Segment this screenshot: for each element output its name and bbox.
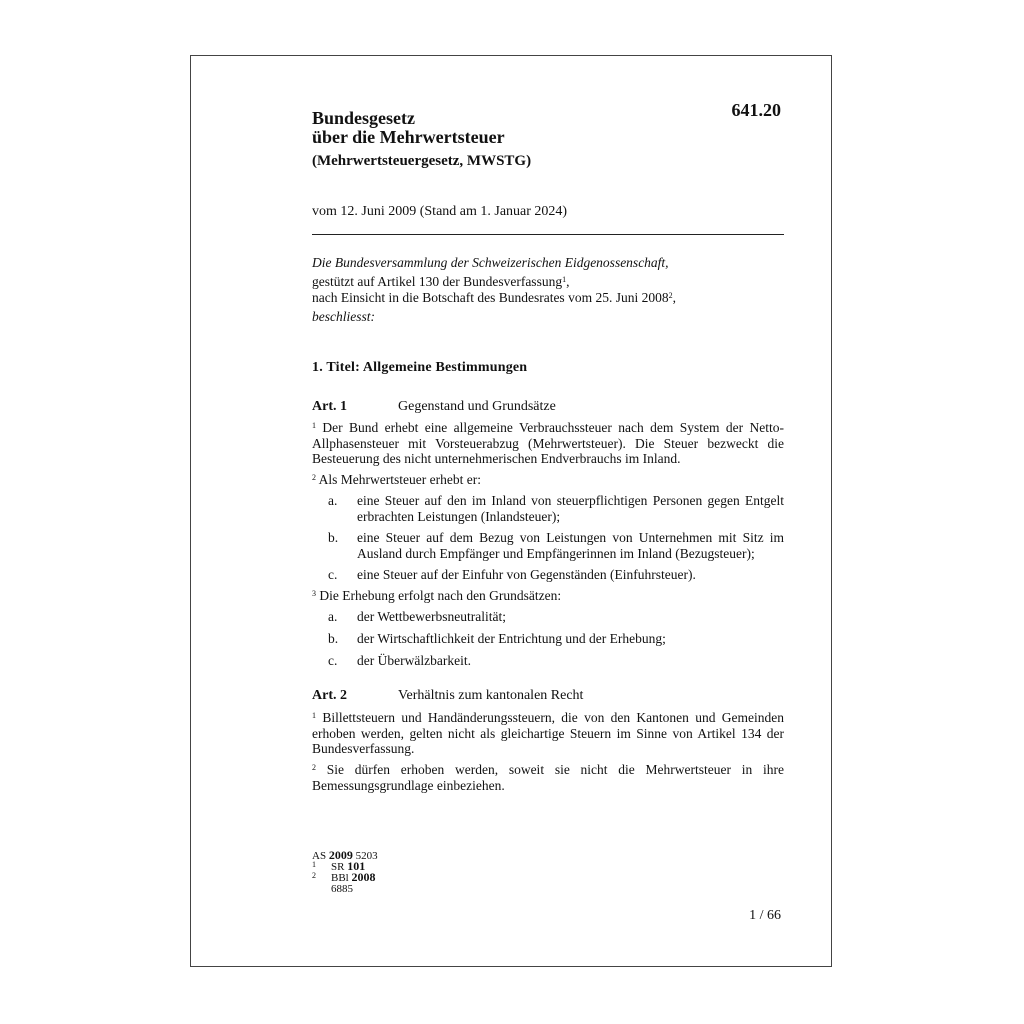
official-compilation-ref: AS 2009 5203 [312,850,378,861]
document-subtitle: (Mehrwertsteuergesetz, MWSTG) [312,153,531,170]
article-title: Verhältnis zum kantonalen Recht [398,688,583,703]
list-item: a. der Wettbewerbsneutralität; [328,609,784,625]
list-item: b. der Wirtschaftlichkeit der Entrichtun… [328,631,784,647]
article-2-paragraph-1: 1 Billettsteuern und Handänderungssteuer… [312,710,784,757]
sr-number: 641.20 [731,100,781,121]
article-2-heading: Art. 2Verhältnis zum kantonalen Recht [312,688,583,704]
title-line-1: Bundesgesetz [312,109,505,128]
document-page: 641.20 Bundesgesetz über die Mehrwertste… [190,55,832,967]
list-item: a. eine Steuer auf den im Inland von ste… [328,493,784,524]
preamble: Die Bundesversammlung der Schweizerische… [312,255,782,325]
date-line: vom 12. Juni 2009 (Stand am 1. Januar 20… [312,204,567,220]
article-number: Art. 1 [312,399,398,415]
title-line-2: über die Mehrwertsteuer [312,128,505,147]
article-number: Art. 2 [312,688,398,704]
article-title: Gegenstand und Grundsätze [398,399,556,414]
list-item: c. eine Steuer auf der Einfuhr von Gegen… [328,567,784,583]
list-item: c. der Überwälzbarkeit. [328,653,784,669]
document-title: Bundesgesetz über die Mehrwertsteuer [312,109,505,147]
article-1-paragraph-3: 3 Die Erhebung erfolgt nach den Grundsät… [312,588,784,604]
section-title: 1. Titel: Allgemeine Bestimmungen [312,360,527,376]
footnote-2: 2 BBl 2008 6885 [312,872,378,883]
preamble-resolves: beschliesst: [312,309,782,326]
preamble-message: nach Einsicht in die Botschaft des Bunde… [312,290,782,307]
list-item: b. eine Steuer auf dem Bezug von Leistun… [328,530,784,561]
article-1-paragraph-1: 1 Der Bund erhebt eine allgemeine Verbra… [312,420,784,467]
article-1-heading: Art. 1Gegenstand und Grundsätze [312,399,556,415]
article-2-paragraph-2: 2 Sie dürfen erhoben werden, soweit sie … [312,762,784,793]
page-number: 1 / 66 [711,908,781,924]
preamble-basis: gestützt auf Artikel 130 der Bundesverfa… [312,274,782,291]
preamble-authority: Die Bundesversammlung der Schweizerische… [312,255,782,272]
footnotes: AS 2009 5203 1 SR 101 2 BBl 2008 6885 [312,850,378,883]
article-1-paragraph-2: 2 Als Mehrwertsteuer erhebt er: [312,472,784,488]
header-divider [312,234,784,235]
